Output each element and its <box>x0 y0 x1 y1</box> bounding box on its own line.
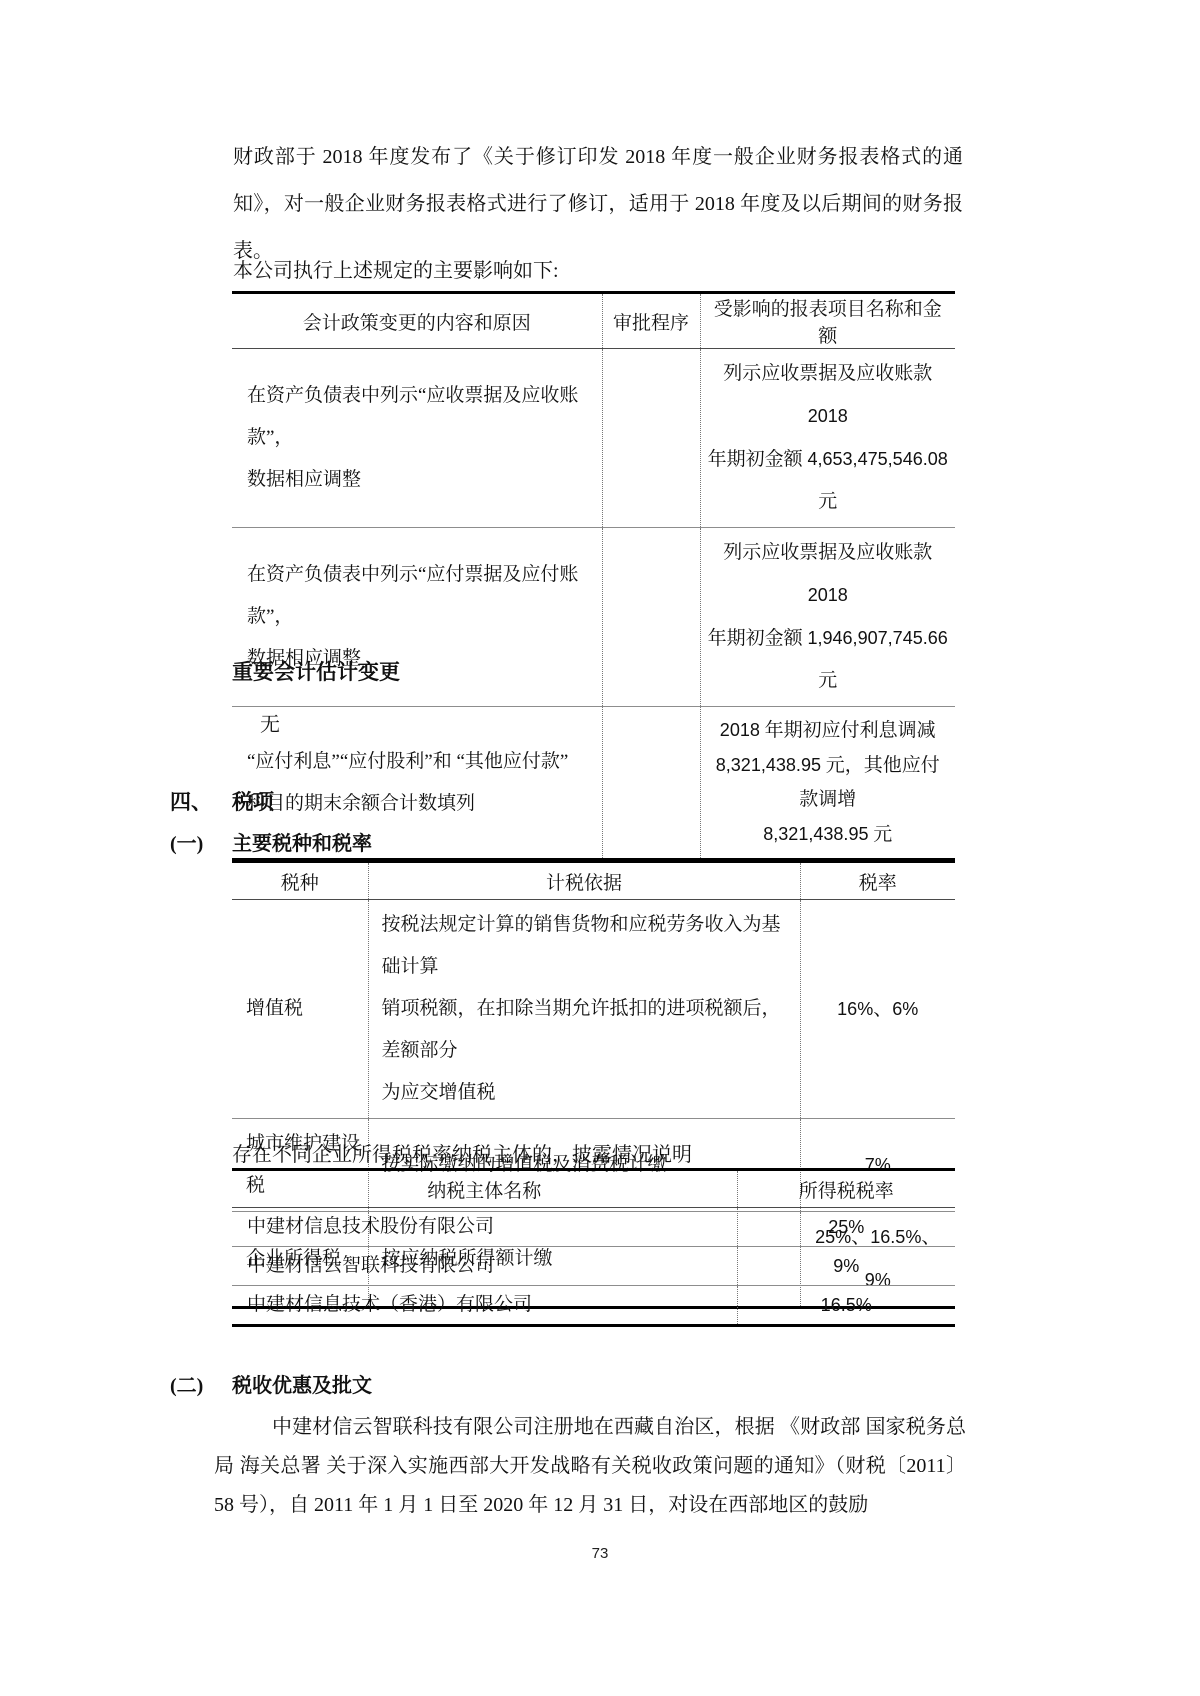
section-tax: 四、 税项 <box>0 788 1200 816</box>
taxpayer-name-cell: 中建材信息技术（香港）有限公司 <box>232 1286 737 1326</box>
impact-amount-cell: 列示应收票据及应收账款 2018年期初金额 4,653,475,546.08 元 <box>700 349 955 528</box>
taxpayer-header-name: 纳税主体名称 <box>232 1170 737 1208</box>
subsection-number: (一) <box>170 830 203 858</box>
approval-cell <box>602 349 700 528</box>
tax-header-basis: 计税依据 <box>368 862 800 900</box>
subsection-main-taxes: (一) 主要税种和税率 <box>0 830 1200 858</box>
section-number: 四、 <box>170 788 212 816</box>
tax-header-type: 税种 <box>232 862 368 900</box>
subsection-number: (二) <box>170 1372 203 1400</box>
estimate-change-value: 无 <box>260 708 280 737</box>
taxpayer-rate-cell: 25% <box>737 1208 955 1247</box>
tax-table-header-row: 税种 计税依据 税率 <box>232 862 955 900</box>
impact-header-approval: 审批程序 <box>602 293 700 349</box>
tax-basis-cell: 按税法规定计算的销售货物和应税劳务收入为基础计算销项税额，在扣除当期允许抵扣的进… <box>368 900 800 1119</box>
taxpayer-table-row: 中建材信息技术（香港）有限公司 16.5% <box>232 1286 955 1326</box>
subsection-title: 税收优惠及批文 <box>232 1372 372 1400</box>
approval-cell <box>602 528 700 707</box>
page-number: 73 <box>0 1545 1200 1562</box>
impact-amount-cell: 列示应收票据及应收账款 2018年期初金额 1,946,907,745.66 元 <box>700 528 955 707</box>
report-page: 财政部于 2018 年度发布了《关于修订印发 2018 年度一般企业财务报表格式… <box>0 0 1200 1696</box>
section-title: 税项 <box>232 788 274 816</box>
subsection-tax-preference: (二) 税收优惠及批文 <box>0 1372 1200 1400</box>
impact-table-header-row: 会计政策变更的内容和原因 审批程序 受影响的报表项目名称和金额 <box>232 293 955 349</box>
taxpayer-name-cell: 中建材信云智联科技有限公司 <box>232 1247 737 1286</box>
impact-lead: 本公司执行上述规定的主要影响如下: <box>233 256 963 286</box>
taxpayer-rate-cell: 16.5% <box>737 1286 955 1326</box>
intro-paragraph: 财政部于 2018 年度发布了《关于修订印发 2018 年度一般企业财务报表格式… <box>233 134 963 275</box>
tax-preference-paragraph: 中建材信云智联科技有限公司注册地在西藏自治区，根据 《财政部 国家税务总局 海关… <box>214 1408 966 1525</box>
impact-header-content: 会计政策变更的内容和原因 <box>232 293 602 349</box>
taxpayer-name-cell: 中建材信息技术股份有限公司 <box>232 1208 737 1247</box>
policy-change-cell: 在资产负债表中列示“应收票据及应收账款”，数据相应调整 <box>232 349 602 528</box>
tax-type-cell: 增值税 <box>232 900 368 1119</box>
impact-table: 会计政策变更的内容和原因 审批程序 受影响的报表项目名称和金额 在资产负债表中列… <box>232 291 955 861</box>
estimate-change-heading: 重要会计估计变更 <box>232 658 400 686</box>
taxpayer-table-row: 中建材信息技术股份有限公司 25% <box>232 1208 955 1247</box>
taxpayer-table-header-row: 纳税主体名称 所得税税率 <box>232 1170 955 1208</box>
tax-table-row: 增值税 按税法规定计算的销售货物和应税劳务收入为基础计算销项税额，在扣除当期允许… <box>232 900 955 1119</box>
taxpayer-table-row: 中建材信云智联科技有限公司 9% <box>232 1247 955 1286</box>
tax-header-rate: 税率 <box>800 862 955 900</box>
subsection-title: 主要税种和税率 <box>232 830 372 858</box>
taxpayer-table: 纳税主体名称 所得税税率 中建材信息技术股份有限公司 25% 中建材信云智联科技… <box>232 1168 955 1327</box>
taxpayer-rate-cell: 9% <box>737 1247 955 1286</box>
tax-rate-cell: 16%、6% <box>800 900 955 1119</box>
disclosure-lead: 存在不同企业所得税税率纳税主体的，披露情况说明 <box>232 1138 692 1167</box>
impact-table-row: 在资产负债表中列示“应收票据及应收账款”，数据相应调整 列示应收票据及应收账款 … <box>232 349 955 528</box>
impact-header-amount: 受影响的报表项目名称和金额 <box>700 293 955 349</box>
taxpayer-header-rate: 所得税税率 <box>737 1170 955 1208</box>
